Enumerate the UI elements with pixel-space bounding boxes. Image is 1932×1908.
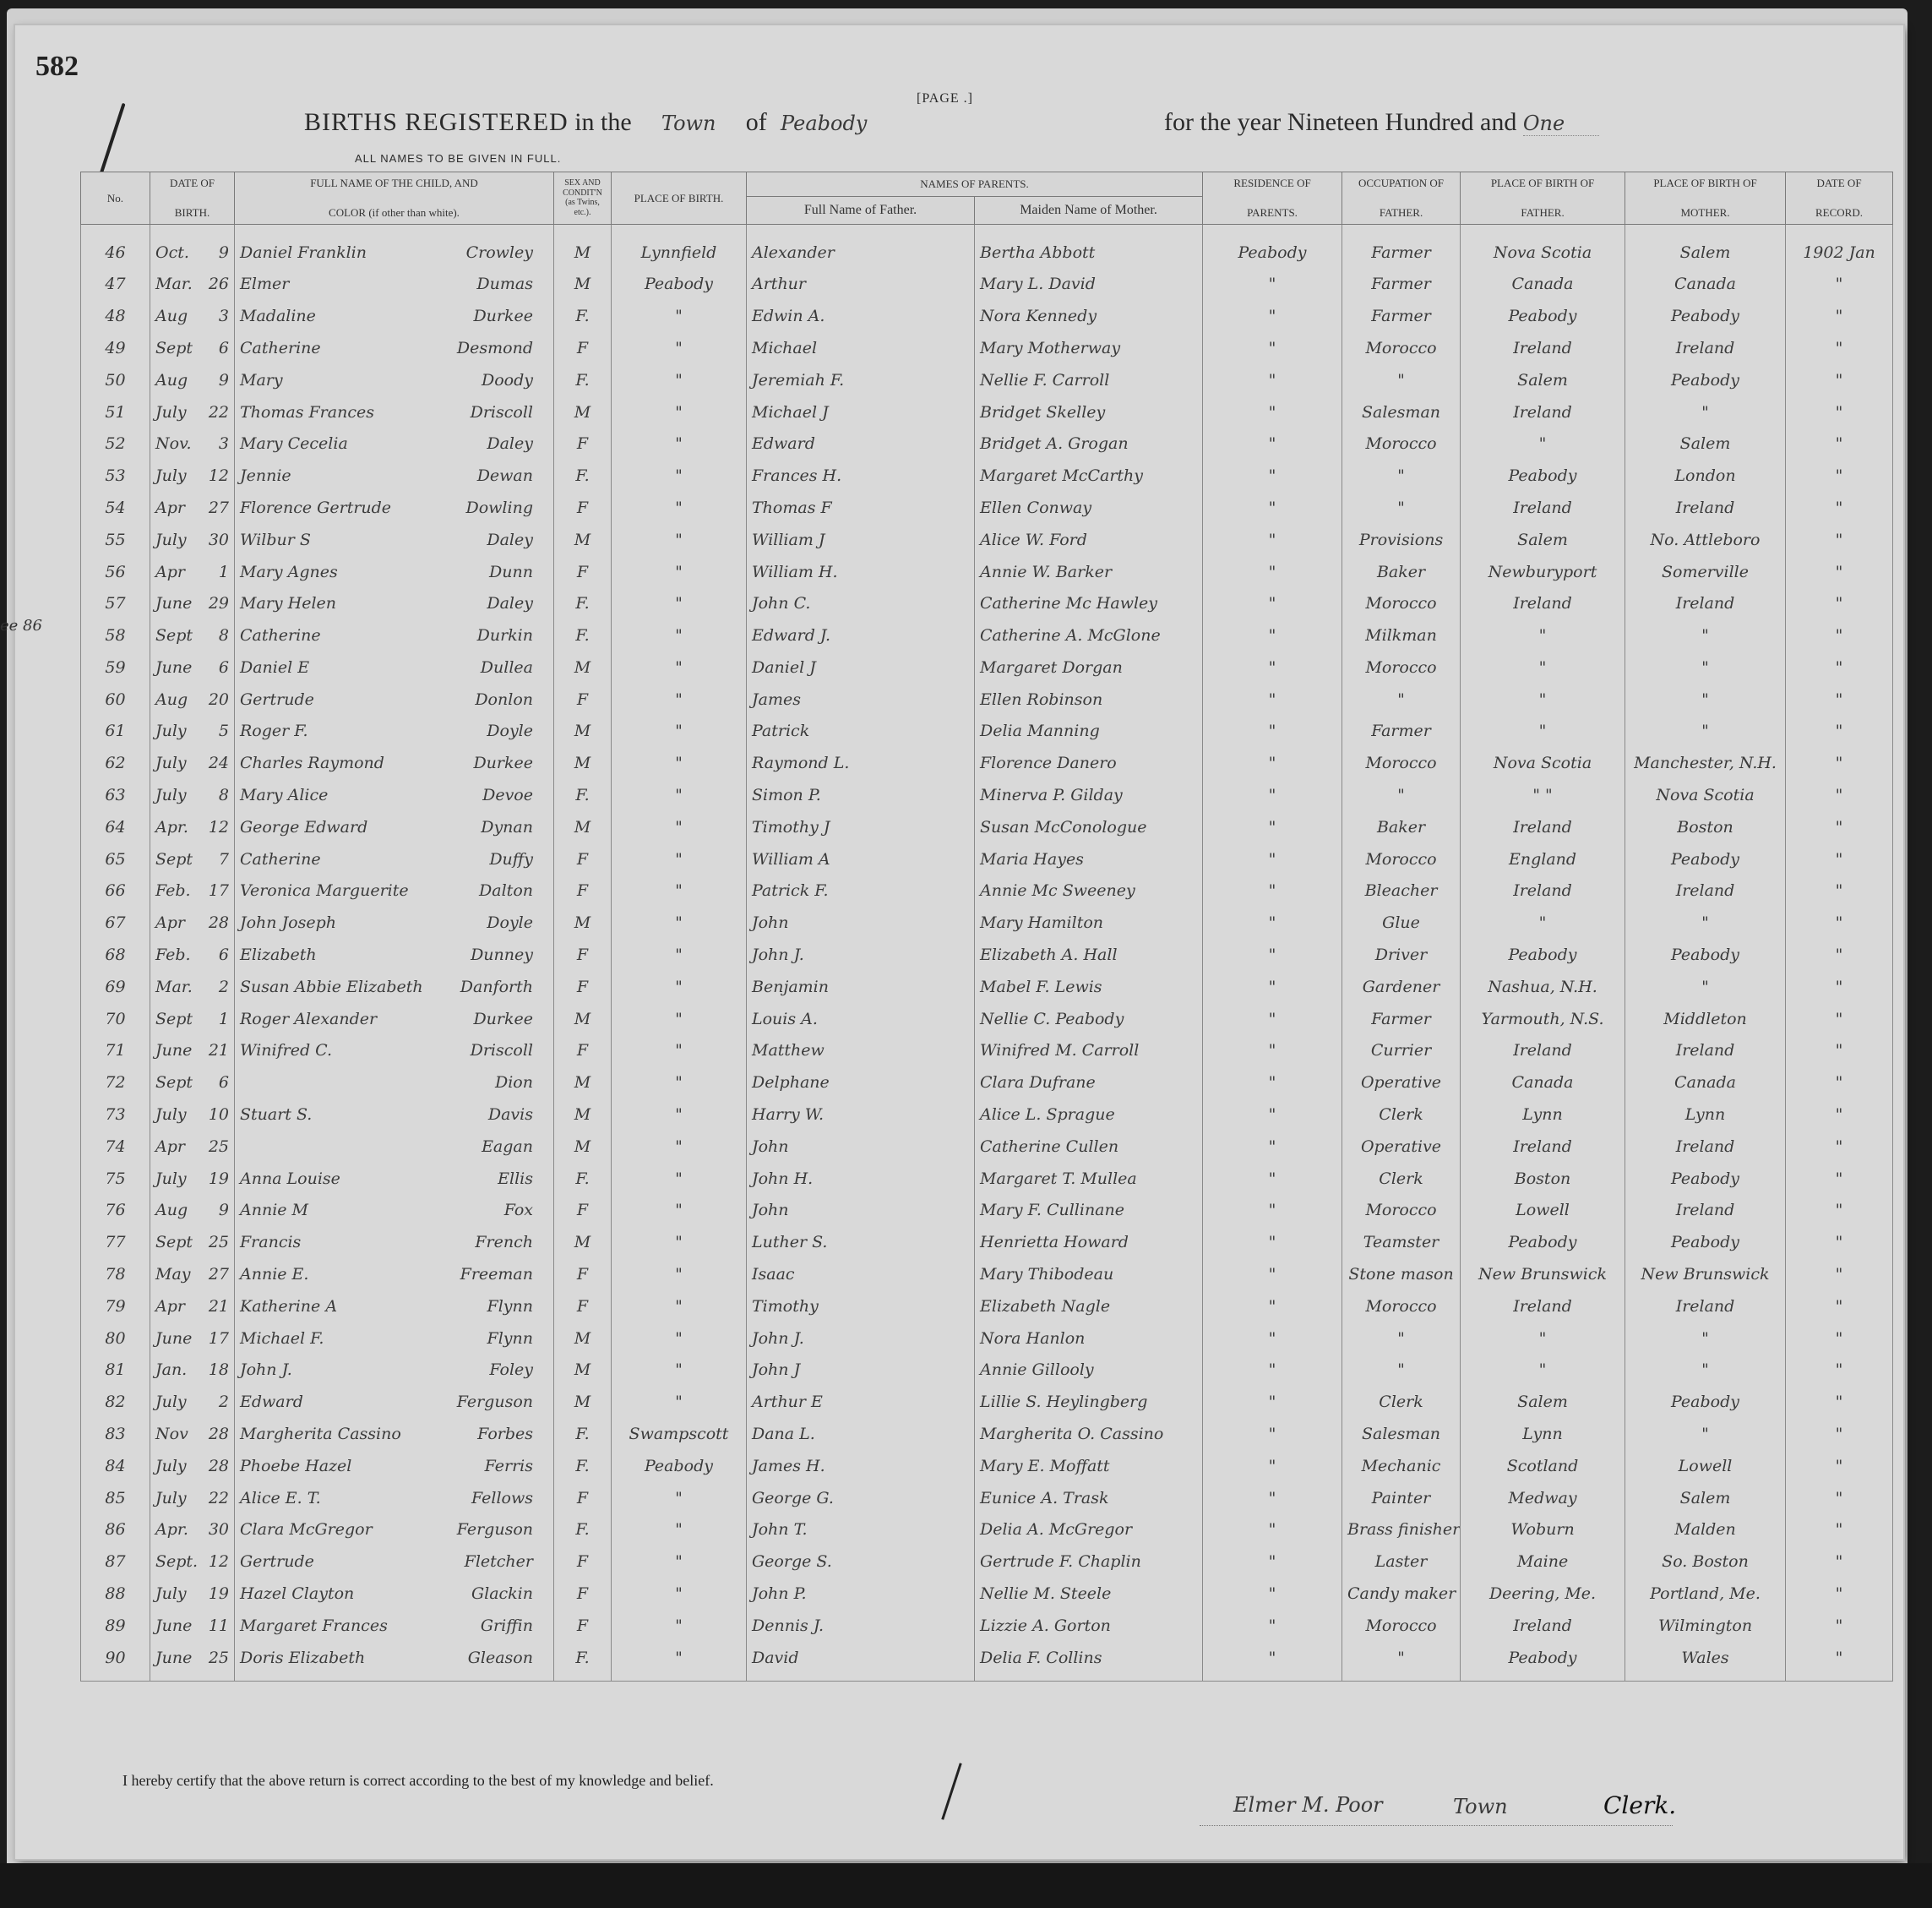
occupation: Salesman xyxy=(1342,1418,1461,1450)
record-no: 82 xyxy=(81,1386,150,1418)
place-of-birth: " xyxy=(612,396,747,428)
occupation: Farmer xyxy=(1342,1003,1461,1035)
date-of-record: " xyxy=(1786,811,1893,843)
table-row: 76Aug9Annie MFoxF"JohnMary F. Cullinane"… xyxy=(81,1195,1893,1227)
table-row: 52Nov.3Mary CeceliaDaleyF"EdwardBridget … xyxy=(81,428,1893,460)
mother-name: Annie Gillooly xyxy=(975,1355,1203,1387)
father-birthplace: Maine xyxy=(1461,1545,1625,1578)
mother-birthplace: Ireland xyxy=(1625,1290,1786,1322)
child-name: CatherineDurkin xyxy=(235,619,554,651)
sex: M xyxy=(554,747,612,779)
table-row: 78May27Annie E.FreemanF"IsaacMary Thibod… xyxy=(81,1258,1893,1290)
date-of-record: " xyxy=(1786,1163,1893,1195)
child-surname: Ferris xyxy=(485,1457,533,1475)
father-name: Luther S. xyxy=(747,1226,975,1258)
residence: " xyxy=(1203,1003,1342,1035)
child-surname: Glackin xyxy=(471,1584,533,1603)
col-date-of-birth: DATE OFBIRTH. xyxy=(150,172,235,225)
occupation: Farmer xyxy=(1342,224,1461,268)
child-name: Mary AgnesDunn xyxy=(235,556,554,588)
record-no: 56 xyxy=(81,556,150,588)
father-name: Patrick xyxy=(747,716,975,748)
father-name: Frances H. xyxy=(747,460,975,492)
occupation: Milkman xyxy=(1342,619,1461,651)
residence: " xyxy=(1203,811,1342,843)
place-of-birth: " xyxy=(612,619,747,651)
father-birthplace: Nova Scotia xyxy=(1461,747,1625,779)
mother-birthplace: Peabody xyxy=(1625,1226,1786,1258)
table-row: 63July8Mary AliceDevoeF."Simon P.Minerva… xyxy=(81,779,1893,811)
child-given-name: Margaret Frances xyxy=(240,1616,388,1635)
birth-date: Apr21 xyxy=(150,1290,235,1322)
mother-name: Minerva P. Gilday xyxy=(975,779,1203,811)
place-of-birth: " xyxy=(612,1355,747,1387)
birth-date: June11 xyxy=(150,1610,235,1642)
date-of-record: " xyxy=(1786,364,1893,396)
sex: M xyxy=(554,1003,612,1035)
place-of-birth: " xyxy=(612,875,747,908)
occupation: Currier xyxy=(1342,1035,1461,1067)
mother-name: Florence Danero xyxy=(975,747,1203,779)
child-name: Stuart S.Davis xyxy=(235,1098,554,1131)
sex: M xyxy=(554,1322,612,1355)
table-row: 72Sept6DionM"DelphaneClara Dufrane"Opera… xyxy=(81,1066,1893,1098)
sex: M xyxy=(554,1355,612,1387)
father-name: Matthew xyxy=(747,1035,975,1067)
father-birthplace: Canada xyxy=(1461,268,1625,300)
residence: " xyxy=(1203,492,1342,524)
place-of-birth: " xyxy=(612,971,747,1003)
mother-birthplace: " xyxy=(1625,396,1786,428)
residence: " xyxy=(1203,332,1342,364)
record-no: 64 xyxy=(81,811,150,843)
date-of-record: " xyxy=(1786,524,1893,556)
child-name: Wilbur SDaley xyxy=(235,524,554,556)
mother-birthplace: Somerville xyxy=(1625,556,1786,588)
child-given-name: Anna Louise xyxy=(240,1169,340,1188)
mother-birthplace: Lowell xyxy=(1625,1450,1786,1482)
sex: F xyxy=(554,332,612,364)
birth-date: Nov28 xyxy=(150,1418,235,1450)
col-child-name: FULL NAME OF THE CHILD, ANDCOLOR (if oth… xyxy=(235,172,554,225)
date-of-record: " xyxy=(1786,1195,1893,1227)
child-given-name: Mary xyxy=(240,371,283,390)
sex: F xyxy=(554,684,612,716)
mother-name: Delia F. Collins xyxy=(975,1642,1203,1681)
child-given-name: Florence Gertrude xyxy=(240,499,391,517)
residence: " xyxy=(1203,587,1342,619)
table-row: 56Apr1Mary AgnesDunnF"William H.Annie W.… xyxy=(81,556,1893,588)
municipality-type: Town xyxy=(638,112,739,135)
date-of-record: " xyxy=(1786,619,1893,651)
mother-birthplace: Peabody xyxy=(1625,1163,1786,1195)
child-surname: Daley xyxy=(487,531,533,549)
sex: F xyxy=(554,1610,612,1642)
municipality-name: Peabody xyxy=(773,112,874,135)
date-of-record: " xyxy=(1786,875,1893,908)
occupation: Driver xyxy=(1342,939,1461,971)
mother-name: Mary Motherway xyxy=(975,332,1203,364)
place-of-birth: " xyxy=(612,716,747,748)
mother-name: Alice L. Sprague xyxy=(975,1098,1203,1131)
sex: F xyxy=(554,875,612,908)
child-given-name: John Joseph xyxy=(240,913,336,932)
child-surname: Gleason xyxy=(468,1649,533,1667)
place-of-birth: " xyxy=(612,651,747,684)
birth-date: June29 xyxy=(150,587,235,619)
father-birthplace: Nashua, N.H. xyxy=(1461,971,1625,1003)
child-name: GertrudeDonlon xyxy=(235,684,554,716)
birth-date: Sept8 xyxy=(150,619,235,651)
father-birthplace: Ireland xyxy=(1461,811,1625,843)
col-father-name: Full Name of Father. xyxy=(747,196,975,224)
child-surname: Freeman xyxy=(460,1265,533,1284)
place-of-birth: " xyxy=(612,939,747,971)
child-surname: French xyxy=(475,1233,533,1251)
birth-date: Feb.17 xyxy=(150,875,235,908)
record-no: 60 xyxy=(81,684,150,716)
table-row: 73July10Stuart S.DavisM"Harry W.Alice L.… xyxy=(81,1098,1893,1131)
residence: " xyxy=(1203,619,1342,651)
mother-birthplace: Ireland xyxy=(1625,1131,1786,1163)
child-name: ElizabethDunney xyxy=(235,939,554,971)
record-no: 67 xyxy=(81,907,150,939)
record-no: 81 xyxy=(81,1355,150,1387)
page-title: BIRTHS REGISTERED in the Town of Peabody xyxy=(304,108,874,137)
sex: M xyxy=(554,716,612,748)
father-name: Dennis J. xyxy=(747,1610,975,1642)
father-name: Arthur xyxy=(747,268,975,300)
occupation: Morocco xyxy=(1342,332,1461,364)
table-row: 49Sept6CatherineDesmondF"MichaelMary Mot… xyxy=(81,332,1893,364)
father-name: John C. xyxy=(747,587,975,619)
child-surname: Fletcher xyxy=(465,1552,533,1571)
father-birthplace: Boston xyxy=(1461,1163,1625,1195)
father-birthplace: Ireland xyxy=(1461,1610,1625,1642)
table-row: 86Apr.30Clara McGregorFergusonF."John T.… xyxy=(81,1514,1893,1546)
mother-name: Nora Kennedy xyxy=(975,300,1203,332)
child-given-name: Gertrude xyxy=(240,1552,314,1571)
mother-birthplace: Middleton xyxy=(1625,1003,1786,1035)
mother-birthplace: Salem xyxy=(1625,1482,1786,1514)
sex: F xyxy=(554,1258,612,1290)
father-name: George G. xyxy=(747,1482,975,1514)
father-birthplace: Peabody xyxy=(1461,300,1625,332)
birth-date: June17 xyxy=(150,1322,235,1355)
date-of-record: " xyxy=(1786,1066,1893,1098)
date-of-record: " xyxy=(1786,1386,1893,1418)
sex: F xyxy=(554,1578,612,1610)
father-name: Thomas F xyxy=(747,492,975,524)
date-of-record: " xyxy=(1786,1642,1893,1681)
child-given-name: Wilbur S xyxy=(240,531,311,549)
father-birthplace: Medway xyxy=(1461,1482,1625,1514)
date-of-record: " xyxy=(1786,939,1893,971)
date-of-record: " xyxy=(1786,587,1893,619)
table-row: 68Feb.6ElizabethDunneyF"John J.Elizabeth… xyxy=(81,939,1893,971)
sex: M xyxy=(554,1226,612,1258)
place-of-birth: " xyxy=(612,1514,747,1546)
sex: F. xyxy=(554,1163,612,1195)
child-given-name: Phoebe Hazel xyxy=(240,1457,351,1475)
father-birthplace: " xyxy=(1461,684,1625,716)
residence: " xyxy=(1203,875,1342,908)
occupation: Bleacher xyxy=(1342,875,1461,908)
table-row: 53July12JennieDewanF."Frances H.Margaret… xyxy=(81,460,1893,492)
record-no: 65 xyxy=(81,843,150,875)
father-name: Timothy J xyxy=(747,811,975,843)
occupation: " xyxy=(1342,1355,1461,1387)
child-surname: Forbes xyxy=(477,1425,533,1443)
date-of-record: " xyxy=(1786,1258,1893,1290)
residence: " xyxy=(1203,1386,1342,1418)
father-name: Edward xyxy=(747,428,975,460)
residence: " xyxy=(1203,651,1342,684)
table-row: 77Sept25FrancisFrenchM"Luther S.Henriett… xyxy=(81,1226,1893,1258)
father-birthplace: Salem xyxy=(1461,1386,1625,1418)
child-surname: Eagan xyxy=(482,1137,533,1156)
birth-date: Feb.6 xyxy=(150,939,235,971)
sex: F. xyxy=(554,587,612,619)
father-name: Michael xyxy=(747,332,975,364)
occupation: Brass finisher xyxy=(1342,1514,1461,1546)
father-birthplace: Peabody xyxy=(1461,1642,1625,1681)
residence: " xyxy=(1203,1610,1342,1642)
page-label: [PAGE .] xyxy=(917,91,973,106)
mother-birthplace: " xyxy=(1625,1418,1786,1450)
child-surname: Dowling xyxy=(466,499,534,517)
child-name: Alice E. T.Fellows xyxy=(235,1482,554,1514)
father-birthplace: " xyxy=(1461,651,1625,684)
child-name: Daniel FranklinCrowley xyxy=(235,224,554,268)
father-name: Isaac xyxy=(747,1258,975,1290)
birth-date: July5 xyxy=(150,716,235,748)
father-name: John xyxy=(747,1131,975,1163)
record-no: 61 xyxy=(81,716,150,748)
mother-birthplace: So. Boston xyxy=(1625,1545,1786,1578)
father-name: David xyxy=(747,1642,975,1681)
mother-name: Bertha Abbott xyxy=(975,224,1203,268)
sex: F xyxy=(554,939,612,971)
record-no: 49 xyxy=(81,332,150,364)
year-prefix: for the year Nineteen Hundred and xyxy=(1164,108,1516,136)
occupation: Morocco xyxy=(1342,587,1461,619)
father-name: Raymond L. xyxy=(747,747,975,779)
father-name: Louis A. xyxy=(747,1003,975,1035)
occupation: Morocco xyxy=(1342,1610,1461,1642)
record-no: 84 xyxy=(81,1450,150,1482)
child-surname: Dunney xyxy=(471,946,533,964)
birth-date: July19 xyxy=(150,1163,235,1195)
child-surname: Flynn xyxy=(487,1329,533,1348)
child-surname: Daley xyxy=(487,594,533,613)
child-given-name: Francis xyxy=(240,1233,301,1251)
child-given-name: Elmer xyxy=(240,275,289,293)
record-no: 73 xyxy=(81,1098,150,1131)
table-row: 71June21Winifred C.DriscollF"MatthewWini… xyxy=(81,1035,1893,1067)
table-row: 74Apr25EaganM"JohnCatherine Cullen"Opera… xyxy=(81,1131,1893,1163)
father-name: Alexander xyxy=(747,224,975,268)
table-row: 57June29Mary HelenDaleyF."John C.Catheri… xyxy=(81,587,1893,619)
record-no: 71 xyxy=(81,1035,150,1067)
birth-date: July22 xyxy=(150,1482,235,1514)
occupation: Glue xyxy=(1342,907,1461,939)
child-name: MaryDoody xyxy=(235,364,554,396)
occupation: " xyxy=(1342,1322,1461,1355)
child-surname: Dynan xyxy=(481,818,533,837)
occupation: " xyxy=(1342,684,1461,716)
sex: M xyxy=(554,268,612,300)
residence: " xyxy=(1203,428,1342,460)
occupation: Clerk xyxy=(1342,1098,1461,1131)
record-no: 70 xyxy=(81,1003,150,1035)
record-no: 53 xyxy=(81,460,150,492)
child-name: Roger F.Doyle xyxy=(235,716,554,748)
child-surname: Danforth xyxy=(460,978,533,996)
place-of-birth: " xyxy=(612,907,747,939)
child-given-name: Annie E. xyxy=(240,1265,308,1284)
child-surname: Davis xyxy=(488,1105,533,1124)
residence: " xyxy=(1203,1322,1342,1355)
occupation: Morocco xyxy=(1342,651,1461,684)
date-of-record: " xyxy=(1786,1290,1893,1322)
child-given-name: Margherita Cassino xyxy=(240,1425,401,1443)
residence: " xyxy=(1203,1258,1342,1290)
place-of-birth: " xyxy=(612,1195,747,1227)
date-of-record: " xyxy=(1786,1355,1893,1387)
mother-birthplace: London xyxy=(1625,460,1786,492)
sex: M xyxy=(554,1066,612,1098)
sex: F xyxy=(554,556,612,588)
birth-date: Aug9 xyxy=(150,364,235,396)
residence: " xyxy=(1203,1578,1342,1610)
father-name: Arthur E xyxy=(747,1386,975,1418)
birth-date: Aug3 xyxy=(150,300,235,332)
occupation: Morocco xyxy=(1342,747,1461,779)
child-name: Mary HelenDaley xyxy=(235,587,554,619)
mother-birthplace: Peabody xyxy=(1625,843,1786,875)
mother-name: Catherine A. McGlone xyxy=(975,619,1203,651)
father-name: John xyxy=(747,1195,975,1227)
residence: " xyxy=(1203,1355,1342,1387)
date-of-record: " xyxy=(1786,1514,1893,1546)
residence: " xyxy=(1203,939,1342,971)
sex: F. xyxy=(554,1450,612,1482)
occupation: Operative xyxy=(1342,1131,1461,1163)
residence: " xyxy=(1203,1545,1342,1578)
child-name: Phoebe HazelFerris xyxy=(235,1450,554,1482)
mother-name: Maria Hayes xyxy=(975,843,1203,875)
child-given-name: Susan Abbie Elizabeth xyxy=(240,978,423,996)
date-of-record: " xyxy=(1786,1098,1893,1131)
occupation: Morocco xyxy=(1342,428,1461,460)
child-given-name: Catherine xyxy=(240,339,321,357)
mother-name: Bridget Skelley xyxy=(975,396,1203,428)
col-place-of-birth: PLACE OF BIRTH. xyxy=(612,172,747,225)
table-row: 65Sept7CatherineDuffyF"William AMaria Ha… xyxy=(81,843,1893,875)
mother-birthplace: Manchester, N.H. xyxy=(1625,747,1786,779)
record-no: 75 xyxy=(81,1163,150,1195)
residence: " xyxy=(1203,1642,1342,1681)
father-birthplace: Yarmouth, N.S. xyxy=(1461,1003,1625,1035)
record-no: 72 xyxy=(81,1066,150,1098)
mother-name: Susan McConologue xyxy=(975,811,1203,843)
mother-name: Margaret McCarthy xyxy=(975,460,1203,492)
mother-name: Mary L. David xyxy=(975,268,1203,300)
col-no: No. xyxy=(81,172,150,225)
father-birthplace: Peabody xyxy=(1461,460,1625,492)
certification-text: I hereby certify that the above return i… xyxy=(122,1772,714,1790)
col-sex: SEX ANDCONDIT'N(as Twins,etc.). xyxy=(554,172,612,225)
child-given-name: Thomas Frances xyxy=(240,403,374,422)
place-of-birth: Peabody xyxy=(612,1450,747,1482)
mother-name: Nellie C. Peabody xyxy=(975,1003,1203,1035)
child-given-name: Winifred C. xyxy=(240,1041,332,1060)
residence: " xyxy=(1203,556,1342,588)
residence: " xyxy=(1203,364,1342,396)
child-name: Annie MFox xyxy=(235,1195,554,1227)
mother-name: Lizzie A. Gorton xyxy=(975,1610,1203,1642)
father-name: James H. xyxy=(747,1450,975,1482)
occupation: " xyxy=(1342,779,1461,811)
residence: " xyxy=(1203,971,1342,1003)
date-of-record: " xyxy=(1786,651,1893,684)
occupation: Baker xyxy=(1342,556,1461,588)
child-given-name: Hazel Clayton xyxy=(240,1584,354,1603)
father-name: Michael J xyxy=(747,396,975,428)
child-surname: Fellows xyxy=(471,1489,533,1507)
mother-birthplace: Lynn xyxy=(1625,1098,1786,1131)
date-of-record: " xyxy=(1786,779,1893,811)
child-name: MadalineDurkee xyxy=(235,300,554,332)
date-of-record: " xyxy=(1786,1545,1893,1578)
title-in-the: in the xyxy=(574,108,632,136)
birth-date: Jan.18 xyxy=(150,1355,235,1387)
table-row: 50Aug9MaryDoodyF."Jeremiah F.Nellie F. C… xyxy=(81,364,1893,396)
sex: F xyxy=(554,1035,612,1067)
sex: F xyxy=(554,492,612,524)
child-given-name: Alice E. T. xyxy=(240,1489,321,1507)
date-of-record: " xyxy=(1786,428,1893,460)
mother-birthplace: " xyxy=(1625,619,1786,651)
record-no: 52 xyxy=(81,428,150,460)
table-row: 61July5Roger F.DoyleM"PatrickDelia Manni… xyxy=(81,716,1893,748)
record-no: 57 xyxy=(81,587,150,619)
place-of-birth: " xyxy=(612,1258,747,1290)
date-of-record: " xyxy=(1786,492,1893,524)
table-row: 66Feb.17Veronica MargueriteDaltonF"Patri… xyxy=(81,875,1893,908)
mother-name: Clara Dufrane xyxy=(975,1066,1203,1098)
place-of-birth: " xyxy=(612,1163,747,1195)
child-surname: Ellis xyxy=(498,1169,533,1188)
place-of-birth: " xyxy=(612,1386,747,1418)
date-of-record: " xyxy=(1786,268,1893,300)
mother-birthplace: Peabody xyxy=(1625,1386,1786,1418)
birth-date: June25 xyxy=(150,1642,235,1681)
date-of-record: " xyxy=(1786,843,1893,875)
father-name: John J xyxy=(747,1355,975,1387)
child-name: Margaret FrancesGriffin xyxy=(235,1610,554,1642)
occupation: Morocco xyxy=(1342,1290,1461,1322)
birth-date: July2 xyxy=(150,1386,235,1418)
birth-date: July22 xyxy=(150,396,235,428)
mother-birthplace: Ireland xyxy=(1625,1195,1786,1227)
record-no: 76 xyxy=(81,1195,150,1227)
father-name: Daniel J xyxy=(747,651,975,684)
date-of-record: " xyxy=(1786,1450,1893,1482)
record-no: 69 xyxy=(81,971,150,1003)
father-name: John J. xyxy=(747,1322,975,1355)
